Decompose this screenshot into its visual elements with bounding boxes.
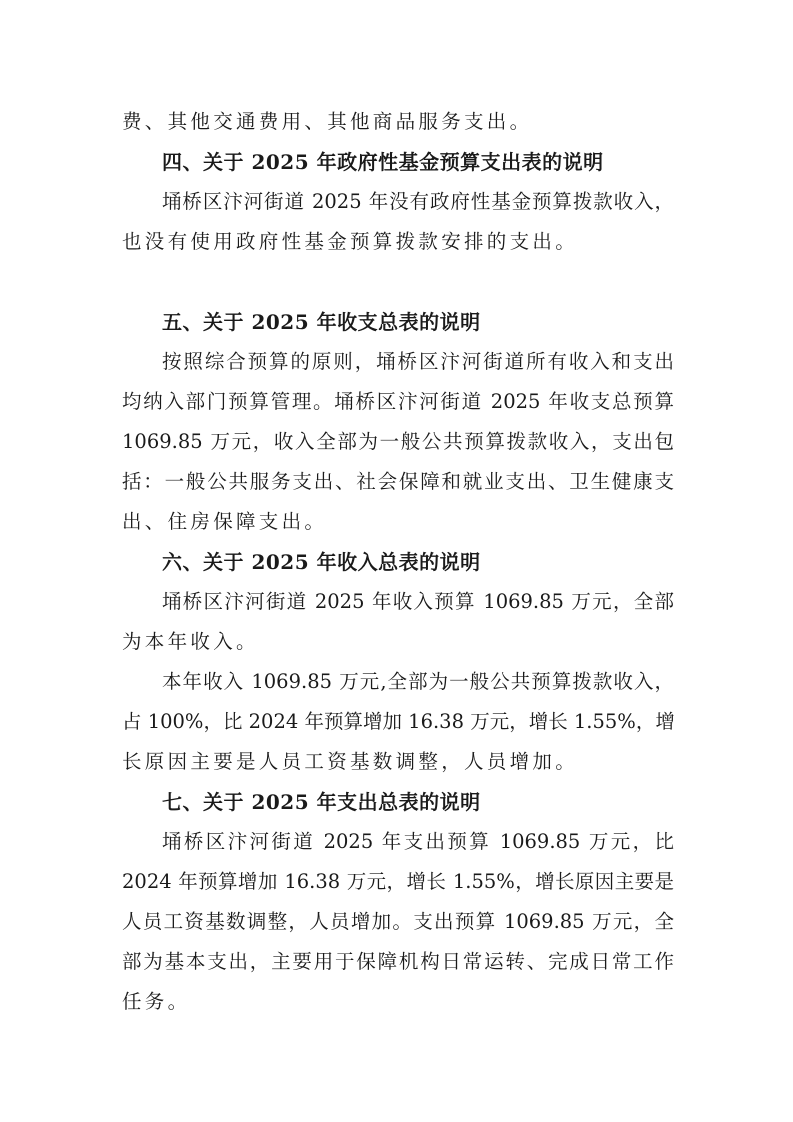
paragraph-line: 任务。 [122,988,682,1016]
paragraph-line: 本年收入 1069.85 万元,全部为一般公共预算拨款收入， [162,668,674,696]
paragraph-line: 出、住房保障支出。 [122,508,682,536]
paragraph-line: 2024 年预算增加 16.38 万元，增长 1.55%，增长原因主要是 [122,868,674,896]
paragraph-line: 均纳入部门预算管理。埇桥区汴河街道 2025 年收支总预算 [122,388,674,416]
paragraph-line: 为本年收入。 [122,628,682,656]
section-heading-7: 七、关于 2025 年支出总表的说明 [162,788,722,816]
paragraph-line: 人员工资基数调整，人员增加。支出预算 1069.85 万元，全 [122,908,674,936]
paragraph-line: 也没有使用政府性基金预算拨款安排的支出。 [122,228,682,256]
section-heading-5: 五、关于 2025 年收支总表的说明 [162,308,722,336]
paragraph-line: 埇桥区汴河街道 2025 年收入预算 1069.85 万元，全部 [162,588,674,616]
paragraph-line: 部为基本支出，主要用于保障机构日常运转、完成日常工作 [122,948,674,976]
paragraph-line: 埇桥区汴河街道 2025 年没有政府性基金预算拨款收入， [162,188,674,216]
paragraph-line: 长原因主要是人员工资基数调整，人员增加。 [122,748,682,776]
section-heading-4: 四、关于 2025 年政府性基金预算支出表的说明 [162,148,722,176]
paragraph-line: 按照综合预算的原则，埇桥区汴河街道所有收入和支出 [162,348,674,376]
paragraph-line: 括：一般公共服务支出、社会保障和就业支出、卫生健康支 [122,468,674,496]
section-heading-6: 六、关于 2025 年收入总表的说明 [162,548,722,576]
paragraph-line: 1069.85 万元，收入全部为一般公共预算拨款收入，支出包 [122,428,674,456]
paragraph-line: 埇桥区汴河街道 2025 年支出预算 1069.85 万元，比 [162,828,674,856]
document-page: 费、其他交通费用、其他商品服务支出。 四、关于 2025 年政府性基金预算支出表… [0,0,793,1122]
paragraph-line: 费、其他交通费用、其他商品服务支出。 [122,108,682,136]
paragraph-line: 占 100%，比 2024 年预算增加 16.38 万元，增长 1.55%，增 [122,708,674,736]
